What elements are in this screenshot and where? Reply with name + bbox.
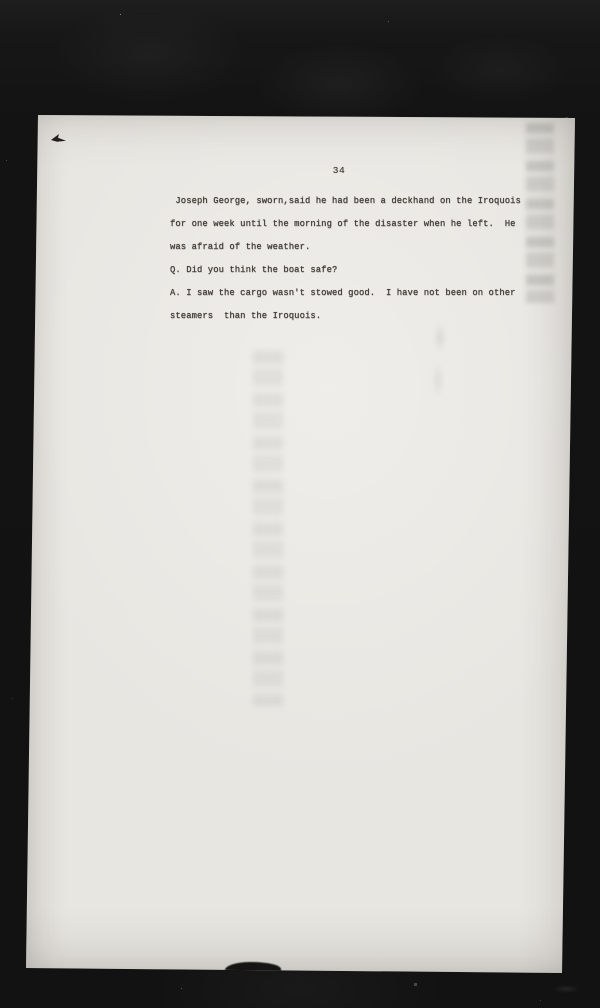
bleedthrough-stamp [526,123,554,303]
document-page: 34 Joseph George, sworn,said he had been… [26,113,575,973]
faint-mark-below-page [545,982,587,996]
transcript-line: for one week until the morning of the di… [170,213,521,236]
scanned-document-frame: 34 Joseph George, sworn,said he had been… [0,0,600,1008]
transcript: Joseph George, sworn,said he had been a … [170,190,521,328]
page-number: 34 [309,164,369,178]
transcript-line: Q. Did you think the boat safe? [170,259,521,282]
transcript-line: steamers than the Iroquois. [170,305,521,328]
bleedthrough-smudge [426,318,454,413]
transcript-line: Joseph George, sworn,said he had been a … [170,190,521,213]
dust-specks [0,0,1,1]
transcript-line: was afraid of the weather. [170,236,521,259]
page-edge-mark [225,962,281,972]
bleedthrough-column [253,351,283,706]
handwritten-arrow-icon [51,134,67,144]
transcript-line: A. I saw the cargo wasn't stowed good. I… [170,282,521,305]
